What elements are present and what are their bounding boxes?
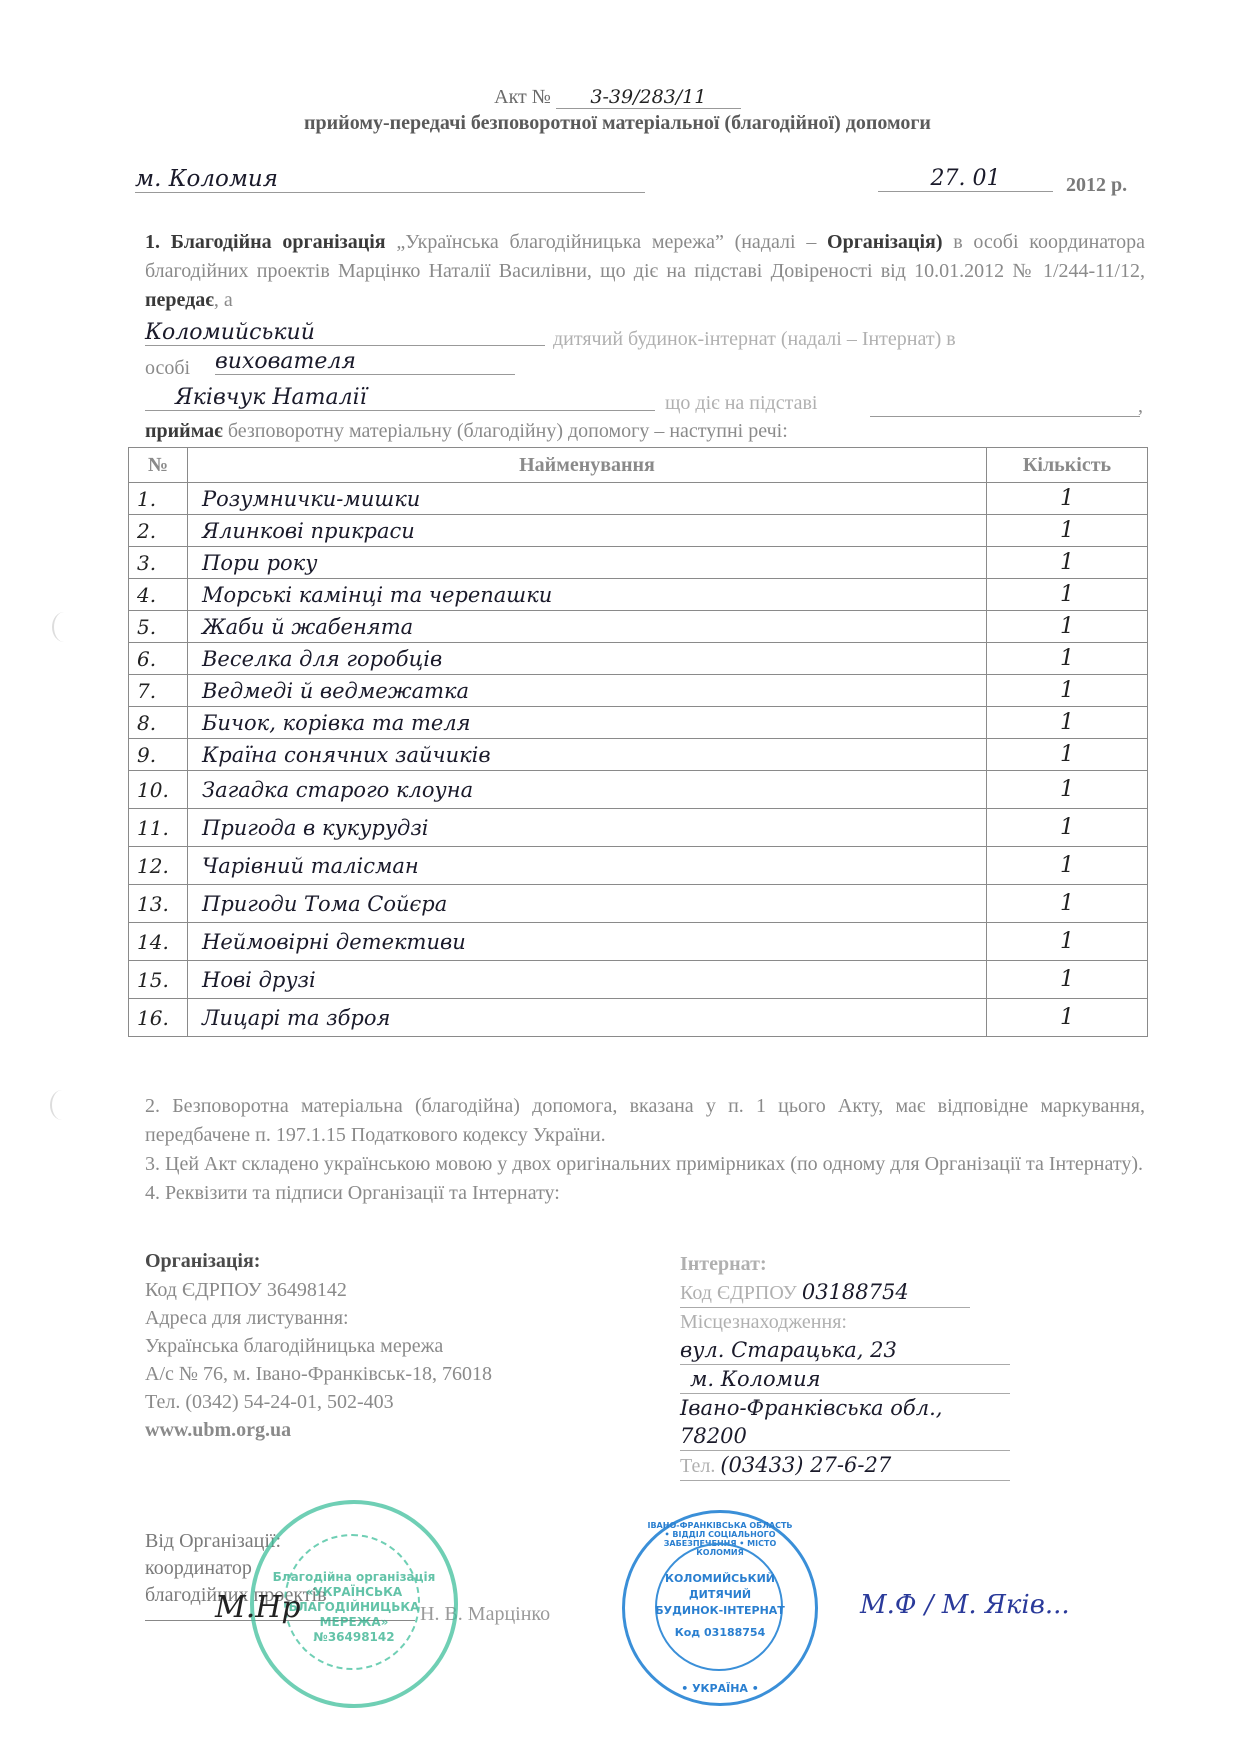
table-row: 15.Нові друзі1 (129, 961, 1148, 999)
item-quantity: 1 (987, 515, 1148, 547)
item-number: 13. (129, 885, 188, 923)
table-row: 5.Жаби й жабенята1 (129, 611, 1148, 643)
region-fill: Коломийський (145, 320, 545, 346)
item-name: Морські камінці та черепашки (188, 579, 987, 611)
internat-address-line-2: м. Коломия (680, 1365, 1010, 1394)
item-name: Лицарі та зброя (188, 999, 987, 1037)
item-name: Пригоди Тома Сойєра (188, 885, 987, 923)
item-number: 6. (129, 643, 188, 675)
item-quantity: 1 (987, 579, 1148, 611)
item-quantity: 1 (987, 771, 1148, 809)
item-name: Країна сонячних зайчиків (188, 739, 987, 771)
item-name: Пригода в кукурудзі (188, 809, 987, 847)
sections-2-4: 2. Безповоротна матеріальна (благодійна)… (145, 1092, 1145, 1208)
punch-hole-mark (52, 612, 76, 642)
acting-label: що діє на підставі (665, 392, 817, 415)
table-row: 2.Ялинкові прикраси1 (129, 515, 1148, 547)
internat-address-line-1: вул. Старацька, 23 (680, 1336, 1010, 1365)
accepts-line: приймає безповоротну матеріальну (благод… (145, 420, 788, 443)
section-4-text: 4. Реквізити та підписи Організації та І… (145, 1179, 1145, 1208)
item-quantity: 1 (987, 643, 1148, 675)
section-1-paragraph: 1. Благодійна організація „Українська бл… (145, 228, 1145, 315)
internat-code-value: 03188754 (802, 1280, 909, 1304)
stamp-line: БУДИНОК-ІНТЕРНАТ (625, 1603, 815, 1619)
internat-stamp: ІВАНО-ФРАНКІВСЬКА ОБЛАСТЬ • ВІДДІЛ СОЦІА… (622, 1510, 818, 1706)
recipient-text: дитячий будинок-інтернат (надалі – Інтер… (553, 328, 1146, 351)
punch-hole-mark (50, 1090, 74, 1120)
section-2-text: 2. Безповоротна матеріальна (благодійна)… (145, 1092, 1145, 1150)
org-po-box: А/с № 76, м. Івано-Франківськ-18, 76018 (145, 1360, 492, 1388)
table-row: 1.Розумнички-мишки1 (129, 483, 1148, 515)
item-number: 16. (129, 999, 188, 1037)
item-name: Чарівний талісман (188, 847, 987, 885)
item-number: 9. (129, 739, 188, 771)
table-row: 8.Бичок, корівка та теля1 (129, 707, 1148, 739)
org-phone: Тел. (0342) 54-24-01, 502-403 (145, 1388, 492, 1416)
item-quantity: 1 (987, 739, 1148, 771)
item-number: 5. (129, 611, 188, 643)
item-number: 7. (129, 675, 188, 707)
org-code: Код ЄДРПОУ 36498142 (145, 1276, 492, 1304)
organization-heading: Організація: (145, 1250, 260, 1273)
item-number: 10. (129, 771, 188, 809)
table-row: 13.Пригоди Тома Сойєра1 (129, 885, 1148, 923)
internat-address-line-3: Івано-Франківська обл., 78200 (680, 1394, 1010, 1451)
stamp-line: Благодійна організація (254, 1570, 454, 1585)
item-name: Жаби й жабенята (188, 611, 987, 643)
name-fill: Яківчук Наталії (145, 385, 655, 411)
org-website-link[interactable]: www.ubm.org.ua (145, 1416, 492, 1444)
item-number: 4. (129, 579, 188, 611)
table-row: 9.Країна сонячних зайчиків1 (129, 739, 1148, 771)
internat-phone-value: (03433) 27-6-27 (720, 1453, 891, 1477)
table-row: 6.Веселка для горобців1 (129, 643, 1148, 675)
internat-heading: Інтернат: (680, 1250, 1010, 1278)
table-header-row: № Найменування Кількість (129, 448, 1148, 483)
item-quantity: 1 (987, 999, 1148, 1037)
item-number: 8. (129, 707, 188, 739)
item-name: Ведмеді й ведмежатка (188, 675, 987, 707)
items-body: 1.Розумнички-мишки12.Ялинкові прикраси13… (129, 483, 1148, 1037)
item-quantity: 1 (987, 675, 1148, 707)
item-quantity: 1 (987, 611, 1148, 643)
table-row: 7.Ведмеді й ведмежатка1 (129, 675, 1148, 707)
city-field: м. Коломия (135, 166, 645, 193)
date-field: 27. 01 (878, 166, 1053, 192)
table-row: 10.Загадка старого клоуна1 (129, 771, 1148, 809)
act-number: 3-39/283/11 (556, 86, 741, 109)
org-address-label: Адреса для листування: (145, 1304, 492, 1332)
internat-location-label: Місцезнаходження: (680, 1308, 1010, 1336)
item-name: Пори року (188, 547, 987, 579)
internat-code-row: Код ЄДРПОУ 03188754 (680, 1278, 970, 1308)
item-quantity: 1 (987, 885, 1148, 923)
table-row: 14.Неймовірні детективи1 (129, 923, 1148, 961)
stamp-code: Код 03188754 (625, 1625, 815, 1641)
table-row: 4.Морські камінці та черепашки1 (129, 579, 1148, 611)
document-subtitle: прийому-передачі безповоротної матеріаль… (0, 112, 1235, 135)
stamp-line: №36498142 (254, 1630, 454, 1645)
item-number: 14. (129, 923, 188, 961)
section-3-text: 3. Цей Акт складено українською мовою у … (145, 1150, 1145, 1179)
table-row: 3.Пори року1 (129, 547, 1148, 579)
stamp-center-text: КОЛОМИЙСЬКИЙДИТЯЧИЙБУДИНОК-ІНТЕРНАТКод 0… (625, 1571, 815, 1641)
stamp-bottom-text: • УКРАЇНА • (625, 1682, 815, 1695)
item-quantity: 1 (987, 847, 1148, 885)
item-quantity: 1 (987, 483, 1148, 515)
item-number: 11. (129, 809, 188, 847)
item-name: Неймовірні детективи (188, 923, 987, 961)
item-number: 12. (129, 847, 188, 885)
item-quantity: 1 (987, 547, 1148, 579)
org-name: Українська благодійницька мережа (145, 1332, 492, 1360)
item-number: 2. (129, 515, 188, 547)
table-row: 11.Пригода в кукурудзі1 (129, 809, 1148, 847)
item-quantity: 1 (987, 923, 1148, 961)
item-number: 3. (129, 547, 188, 579)
basis-fill (870, 392, 1140, 417)
item-name: Загадка старого клоуна (188, 771, 987, 809)
item-quantity: 1 (987, 961, 1148, 999)
comma: , (1138, 395, 1143, 418)
item-name: Розумнички-мишки (188, 483, 987, 515)
internat-phone-row: Тел. (03433) 27-6-27 (680, 1451, 1010, 1481)
item-number: 15. (129, 961, 188, 999)
org-signature: М.Нр (215, 1590, 301, 1625)
item-name: Веселка для горобців (188, 643, 987, 675)
item-name: Бичок, корівка та теля (188, 707, 987, 739)
col-header-name: Найменування (188, 448, 987, 483)
organization-details: Код ЄДРПОУ 36498142 Адреса для листуванн… (145, 1276, 492, 1444)
col-header-quantity: Кількість (987, 448, 1148, 483)
stamp-line: ДИТЯЧИЙ (625, 1587, 815, 1603)
item-number: 1. (129, 483, 188, 515)
item-name: Ялинкові прикраси (188, 515, 987, 547)
item-quantity: 1 (987, 809, 1148, 847)
internat-signature: М.Ф / М. Яків... (860, 1590, 1070, 1620)
position-fill: вихователя (215, 349, 515, 375)
table-row: 16.Лицарі та зброя1 (129, 999, 1148, 1037)
osobi-label: особі (145, 357, 190, 380)
table-row: 12.Чарівний талісман1 (129, 847, 1148, 885)
item-name: Нові друзі (188, 961, 987, 999)
items-table: № Найменування Кількість 1.Розумнички-ми… (128, 447, 1148, 1037)
item-quantity: 1 (987, 707, 1148, 739)
internat-details: Інтернат: Код ЄДРПОУ 03188754 Місцезнахо… (680, 1250, 1010, 1481)
year-label: 2012 р. (1066, 174, 1127, 197)
col-header-number: № (129, 448, 188, 483)
stamp-line: КОЛОМИЙСЬКИЙ (625, 1571, 815, 1587)
document-title: Акт № 3-39/283/11 (0, 86, 1235, 109)
